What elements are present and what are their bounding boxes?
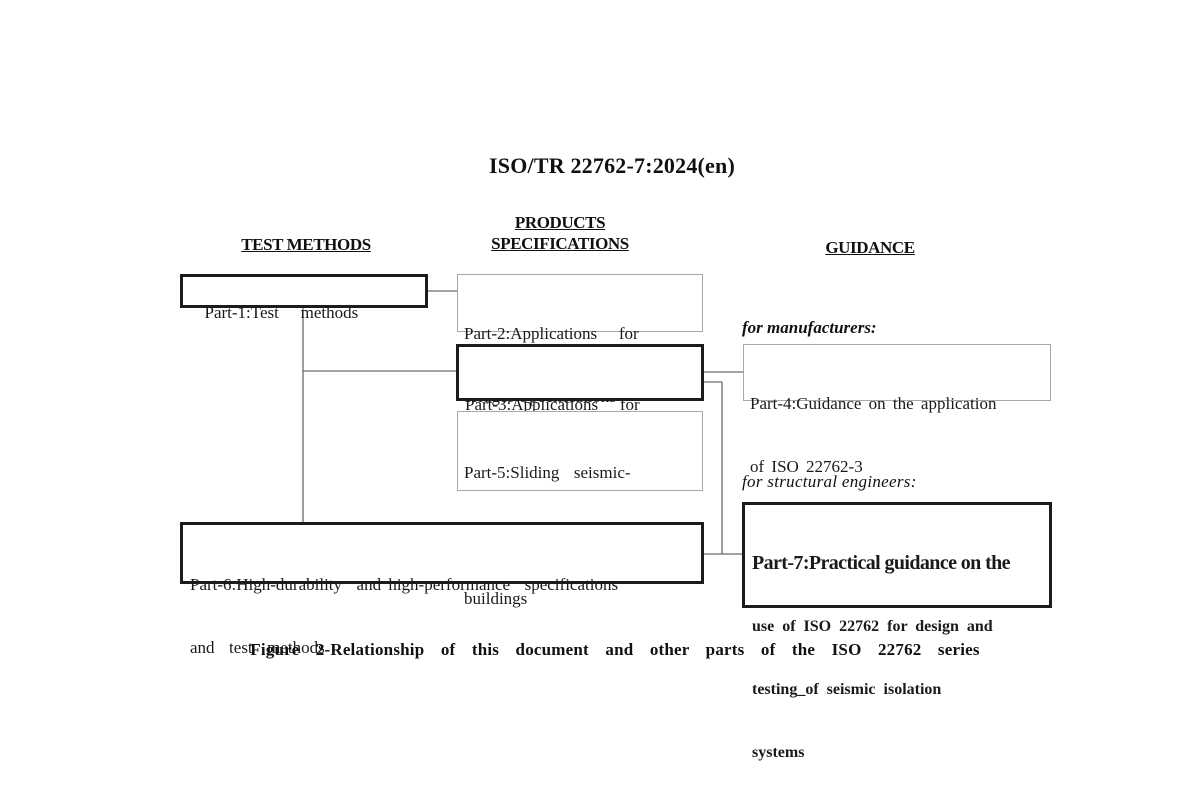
box-part6-line1: Part-6:High-durability and high-performa… bbox=[190, 574, 694, 595]
box-part3: Part-3:Applications for buildings-Specif… bbox=[456, 344, 704, 401]
box-part2-line1: Part-2:Applications for bbox=[464, 323, 696, 344]
column-heading-products: PRODUCTS SPECIFICATIONS bbox=[460, 212, 660, 254]
column-heading-test-methods: TEST METHODS bbox=[216, 234, 396, 255]
box-part4: Part-4:Guidance on the application of IS… bbox=[743, 344, 1051, 401]
box-part7-line2: use of ISO 22762 for design and bbox=[752, 616, 1042, 637]
box-part7-line4: systems bbox=[752, 742, 1042, 763]
box-part5: Part-5:Sliding seismic- protection isola… bbox=[457, 411, 703, 491]
box-part4-line2: of ISO 22762-3 bbox=[750, 456, 1044, 477]
column-heading-products-line1: PRODUCTS bbox=[460, 212, 660, 233]
box-part7-line3: testing_of seismic isolation bbox=[752, 679, 1042, 700]
box-part6: Part-6:High-durability and high-performa… bbox=[180, 522, 704, 584]
label-for-manufacturers: for manufacturers: bbox=[742, 318, 877, 338]
figure-caption: Figure 2-Relationship of this document a… bbox=[0, 640, 1200, 660]
box-part1: Part-1:Test methods bbox=[180, 274, 428, 308]
document-title: ISO/TR 22762-7:2024(en) bbox=[0, 153, 1200, 179]
box-part5-line1: Part-5:Sliding seismic- bbox=[464, 462, 696, 483]
box-part7: Part-7:Practical guidance on the use of … bbox=[742, 502, 1052, 608]
column-heading-guidance: GUIDANCE bbox=[780, 237, 960, 258]
box-part4-line1: Part-4:Guidance on the application bbox=[750, 393, 1044, 414]
box-part7-line1: Part-7:Practical guidance on the bbox=[752, 553, 1042, 574]
column-heading-products-line2: SPECIFICATIONS bbox=[460, 233, 660, 254]
box-part1-text: Part-1:Test methods bbox=[205, 303, 359, 322]
box-part2: Part-2:Applications for bridges-Specific… bbox=[457, 274, 703, 332]
